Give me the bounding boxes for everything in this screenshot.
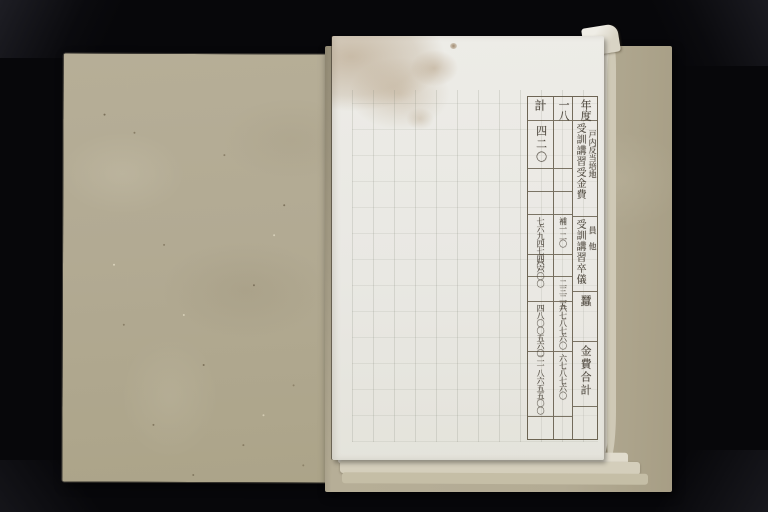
table-cell — [573, 407, 597, 439]
cell-text: 六七八七六〇 — [558, 304, 569, 349]
table-cell — [528, 192, 553, 215]
table-cell-header-items: 年度 — [573, 97, 597, 121]
item-line: 受訓講習受金費 — [572, 123, 587, 200]
table-cell: 四八〇〇五六〇 — [528, 302, 553, 352]
table-cell: 補一二〇 — [554, 215, 572, 255]
cell-text: 員 他受訓講習卒儀 — [572, 219, 598, 285]
table-cell — [528, 169, 553, 192]
photo-stage: 計 四二〇 七六九四七四〇 八六〇〇 四八〇〇五六〇 二一八六五五〇〇 一八 補… — [0, 0, 768, 512]
table-cell: 六七八七六〇 — [554, 302, 572, 352]
cell-text: 四二〇 — [533, 125, 549, 164]
cell-text: 年度 — [577, 99, 593, 121]
cell-text: 六七八七六〇 — [558, 354, 569, 399]
cell-text: 二一八六五五〇〇 — [535, 354, 546, 414]
page-edge-stack-right — [607, 44, 616, 460]
item-subline: 戸内反当培地 — [587, 123, 598, 200]
table-cell — [554, 255, 572, 277]
cell-text: 補一二〇 — [558, 217, 569, 247]
cell-text: 一八 — [555, 99, 571, 121]
table-cell: 四二〇 — [528, 121, 553, 169]
table-cell: 二一八六五五〇〇 — [528, 352, 553, 417]
table-cell — [554, 417, 572, 439]
item-line: 受訓講習卒儀 — [572, 219, 587, 285]
table-cell — [528, 417, 553, 439]
table-cell — [554, 121, 572, 169]
cell-text: 蠶 — [577, 295, 593, 308]
table-cell — [554, 169, 572, 192]
table-cell-item-label: 蠶 — [573, 292, 597, 342]
column-year-18: 一八 補一二〇 二三二五 六七八七六〇 六七八七六〇 — [554, 97, 573, 439]
table-cell-item-label: 員 他受訓講習卒儀 — [573, 217, 597, 292]
table-cell: 二三二五 — [554, 277, 572, 302]
table-cell — [554, 192, 572, 215]
page-edge-stack-bottom — [342, 472, 648, 485]
cell-text: 金費合計 — [577, 345, 593, 397]
table-cell-item-label: 金費合計 — [573, 342, 597, 407]
document-sheet: 計 四二〇 七六九四七四〇 八六〇〇 四八〇〇五六〇 二一八六五五〇〇 一八 補… — [332, 36, 604, 460]
table-cell: 八六〇〇 — [528, 255, 553, 277]
table-cell-header-year: 一八 — [554, 97, 572, 121]
paper-speckles — [104, 114, 106, 116]
column-total: 計 四二〇 七六九四七四〇 八六〇〇 四八〇〇五六〇 二一八六五五〇〇 — [528, 97, 554, 439]
stain-spot — [450, 43, 457, 49]
cell-text: 四八〇〇五六〇 — [535, 304, 546, 357]
ledger-table: 計 四二〇 七六九四七四〇 八六〇〇 四八〇〇五六〇 二一八六五五〇〇 一八 補… — [527, 96, 598, 440]
backdrop-corner-highlight — [0, 0, 130, 58]
item-subline: 員 他 — [587, 219, 598, 285]
column-items: 年度 戸内反当培地受訓講習受金費 員 他受訓講習卒儀 蠶 金費合計 — [573, 97, 597, 439]
table-cell — [528, 277, 553, 302]
table-cell-item-label: 戸内反当培地受訓講習受金費 — [573, 121, 597, 217]
cell-text: 戸内反当培地受訓講習受金費 — [572, 123, 598, 200]
table-cell: 六七八七六〇 — [554, 352, 572, 417]
left-cover-page — [62, 54, 331, 483]
table-cell-header-total: 計 — [528, 97, 553, 121]
cell-text: 計 — [532, 99, 549, 112]
table-cell: 七六九四七四〇 — [528, 215, 553, 255]
